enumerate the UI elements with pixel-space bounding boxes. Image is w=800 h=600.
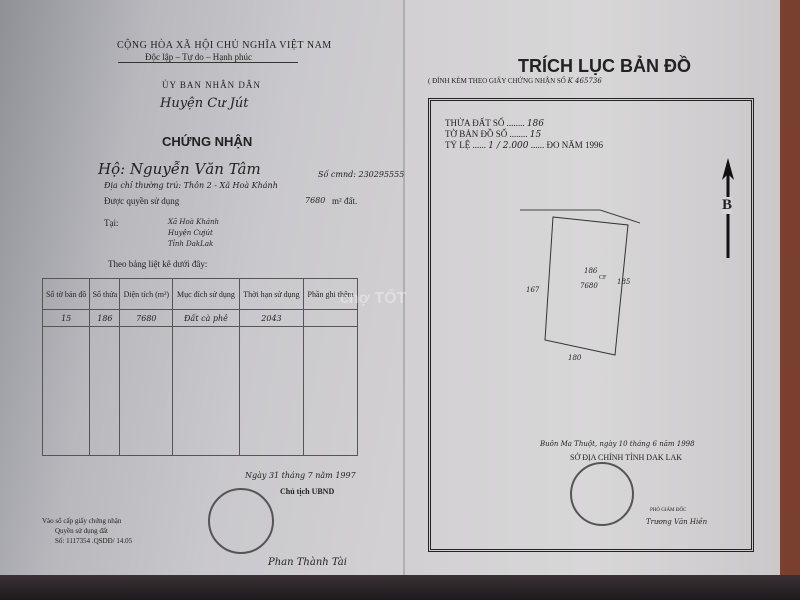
location-district: Huyện Cưjút: [168, 229, 213, 237]
address: Địa chỉ thường trú: Thôn 2 - Xã Hoà Khán…: [104, 181, 278, 190]
certificate-title: CHỨNG NHẬN: [162, 134, 252, 149]
cell-map-sheet: 15: [43, 310, 90, 327]
plot-number: 186: [584, 267, 597, 275]
registry-line-1: Vào sổ cấp giấy chứng nhận: [42, 517, 121, 525]
office-stamp: [570, 462, 634, 526]
location-province: Tỉnh DakLak: [168, 240, 213, 248]
map-signer-title: PHÓ GIÁM ĐỐC: [650, 508, 686, 513]
national-header: CỘNG HÒA XÃ HỘI CHỦ NGHĨA VIỆT NAM: [117, 40, 332, 51]
cell-term: 2043: [239, 310, 304, 327]
cell-purpose: Đất cà phê: [173, 310, 239, 327]
table-row: 15 186 7680 Đất cà phê 2043: [43, 310, 358, 327]
signer-name: Phan Thành Tài: [268, 557, 347, 568]
signer-title: Chủ tịch UBND: [280, 487, 334, 496]
col-purpose: Mục đích sử dụng: [173, 279, 239, 310]
scale-row: TỶ LỆ ...... 1 / 2.000 ...... ĐO NĂM 199…: [445, 140, 675, 151]
registry-number: Số: 1117354 .QSDĐ/ 14.05: [55, 537, 132, 545]
committee-label: ỦY BAN NHÂN DÂN: [162, 80, 261, 90]
plot-area: 7680: [580, 282, 598, 290]
cell-notes: [304, 310, 358, 327]
watermark: chợ TỐT: [340, 290, 406, 308]
map-date: Buôn Ma Thuột, ngày 10 tháng 6 năm 1998: [540, 440, 695, 448]
certificate-number: K 465736: [568, 77, 602, 85]
parcel-row: THỬA ĐẤT SỐ ........ 186: [445, 118, 675, 129]
land-table: Số tờ bản đồ Số thửa Diện tích (m²) Mục …: [42, 278, 358, 456]
id-number: 230295555: [359, 170, 405, 179]
map-sheet-row: TỜ BẢN ĐỒ SỐ ........ 15: [445, 129, 675, 140]
right-neighbor: 185: [617, 278, 630, 286]
table-empty-row: [43, 327, 358, 456]
col-parcel: Số thửa: [90, 279, 120, 310]
registry-line-2: Quyền sử dụng đất: [55, 527, 108, 535]
document-photo: CỘNG HÒA XÃ HỘI CHỦ NGHĨA VIỆT NAM Độc l…: [0, 0, 800, 600]
issue-date: Ngày 31 tháng 7 năm 1997: [245, 471, 356, 480]
col-map-sheet: Số tờ bản đồ: [43, 279, 90, 310]
area-unit: m² đất.: [332, 196, 357, 206]
bottom-shadow: [0, 575, 800, 600]
table-header-row: Số tờ bản đồ Số thửa Diện tích (m²) Mục …: [43, 279, 358, 310]
map-extract-subtitle: ( ĐÍNH KÈM THEO GIẤY CHỨNG NHẬN SỐ K 465…: [428, 77, 602, 85]
id-number-label: Số cmnd: 230295555: [318, 170, 404, 179]
parcel-info-box: THỬA ĐẤT SỐ ........ 186 TỜ BẢN ĐỒ SỐ ..…: [445, 118, 675, 151]
district-name: Huyện Cư Jút: [160, 96, 249, 111]
north-label: B: [722, 197, 732, 214]
holder-name: Hộ: Nguyễn Văn Tâm: [98, 160, 261, 178]
issuing-office: SỞ ĐỊA CHÍNH TỈNH DAK LAK: [570, 453, 682, 462]
cell-parcel: 186: [90, 310, 120, 327]
plot-type: CF: [599, 275, 606, 281]
usage-right-label: Được quyền sử dụng: [104, 196, 179, 206]
bottom-neighbor: 180: [568, 354, 581, 362]
header-divider: [118, 62, 298, 63]
location-label: Tại:: [104, 218, 119, 228]
table-intro: Theo bảng liệt kê dưới đây:: [108, 259, 207, 269]
map-signer-name: Trương Văn Hiền: [646, 518, 707, 526]
col-area: Diện tích (m²): [120, 279, 173, 310]
location-commune: Xã Hoà Khánh: [168, 218, 219, 226]
official-stamp: [208, 488, 274, 554]
map-extract-title: TRÍCH LỤC BẢN ĐỒ: [518, 56, 691, 77]
area-value: 7680: [305, 196, 325, 205]
motto: Độc lập – Tự do – Hạnh phúc: [145, 52, 252, 62]
left-neighbor: 167: [526, 286, 539, 294]
cell-area: 7680: [120, 310, 173, 327]
col-term: Thời hạn sử dụng: [239, 279, 304, 310]
